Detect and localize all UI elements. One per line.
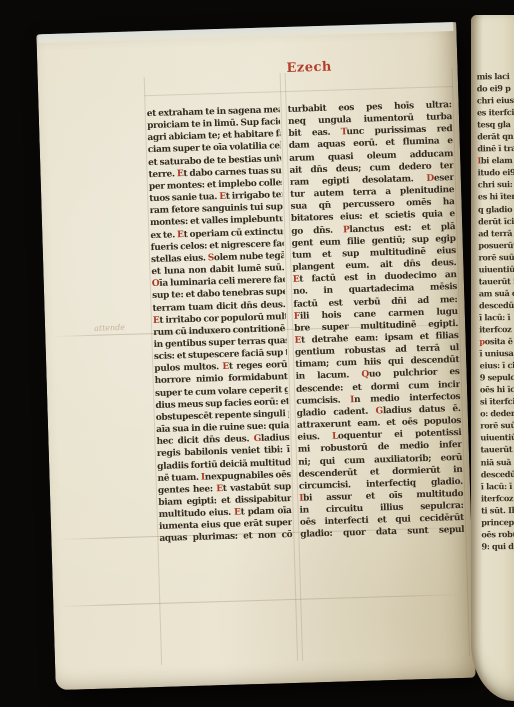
rubricated-initial: I [299,494,303,504]
rubricated-initial: E [216,484,223,494]
text-column-right: turbabit eos pes hoīs ultra:neq ungula i… [288,99,465,541]
rubricated-initial: E [293,275,300,285]
fragment-line: ī uniusa [479,347,514,360]
fragment-line: ti sūt. Ibi [481,503,514,516]
fragment-line: 9 sepulcz [480,371,514,384]
rubricated-initial: T [341,128,347,138]
page-top-edge [38,22,453,43]
fragment-line: dinē ī tra [477,142,514,155]
fragment-line: niā suā c [481,455,514,468]
rubricated-initial: E [177,230,184,240]
rubricated-initial: E [177,169,184,179]
fragment-line: o: dederāt [480,407,514,420]
fragment-line: es iterfci [477,106,514,119]
fragment-line: uiuentiū [480,431,514,444]
fragment-line: princeps [481,515,514,528]
marginal-note: attende [94,323,125,333]
rubricated-initial: E [219,192,226,202]
fragment-line: iterfcoz [481,491,514,504]
fragment-line: derāt qn [477,130,514,143]
fragment-line: derūt īcir [478,214,514,227]
fragment-line: Ibi elam [477,154,514,167]
fragment-line: posita ē [479,335,514,348]
next-page-text-fragments: mis lacido ei9 pchri eiuses iterfcitesq … [476,70,514,553]
running-title: Ezech [286,61,332,76]
fragment-line: descedūt [479,299,514,312]
fragment-line: do ei9 p [477,82,514,95]
text-line: aquas plurimas: et non cō [159,529,292,545]
fragment-line: iterfcoz [479,323,514,336]
rubricated-initial: p [479,336,484,346]
fragment-line: itudo ei9 [477,166,514,179]
fragment-line: ī lacū: ī [479,311,514,324]
fragment-line: tauerūt ig [479,274,514,287]
manuscript-page: Ezech attende et extraham te in sagena m… [36,22,475,690]
rubricated-initial: I [350,395,354,405]
fragment-line: si īterfci [480,395,514,408]
fragment-line: am suā cū [479,286,514,299]
fragment-line: chri sui: [478,178,514,191]
rubricated-initial: E [153,316,160,326]
fragment-line: chri eius [477,94,514,107]
fragment-line: tesq gla [477,118,514,131]
fragment-line: eius: ī cir [480,359,514,372]
fragment-line: rorē suū [480,419,514,432]
rubricated-initial: I [201,472,205,482]
rubricated-initial: Q [361,370,369,380]
fragment-line: tauerūt c [480,443,514,456]
rubricated-initial: E [234,508,241,518]
rubricated-initial: S [208,253,214,263]
fragment-line: uiuentiū [478,262,514,275]
photo-background: { "page": { "running_title": "Ezech", "m… [0,0,514,707]
fragment-line: mis laci [476,70,514,83]
rubricated-initial: G [253,434,261,444]
rubricated-initial: E [222,362,229,372]
rubricated-initial: D [426,174,434,184]
fragment-line: oēs hi īcir [480,383,514,396]
next-page-edge: mis lacido ei9 pchri eiuses iterfcitesq … [471,15,514,701]
fragment-line: rorē suū [478,250,514,263]
rubricated-initial: G [375,406,383,416]
fragment-line: 9: qui de [481,539,514,552]
fragment-line: descedūt [481,467,514,480]
fragment-line: posuerūt [478,238,514,251]
ruling-line [144,86,453,96]
rubricated-initial: O [152,279,160,289]
text-column-left: et extraham te in sagena mea: etproiciam… [147,104,293,545]
rubricated-initial: E [294,336,301,346]
fragment-line: ī lacū: ī [481,479,514,492]
fragment-line: q gladio [478,202,514,215]
fragment-line: ad terrā [478,226,514,239]
rubricated-initial: I [477,156,481,166]
fragment-line: es hi īter [478,190,514,203]
rubricated-initial: L [332,432,338,442]
rubricated-initial: P [343,225,350,235]
rubricated-initial: F [294,311,300,321]
fragment-line: oēs robu [481,527,514,540]
crease-line [59,594,463,607]
